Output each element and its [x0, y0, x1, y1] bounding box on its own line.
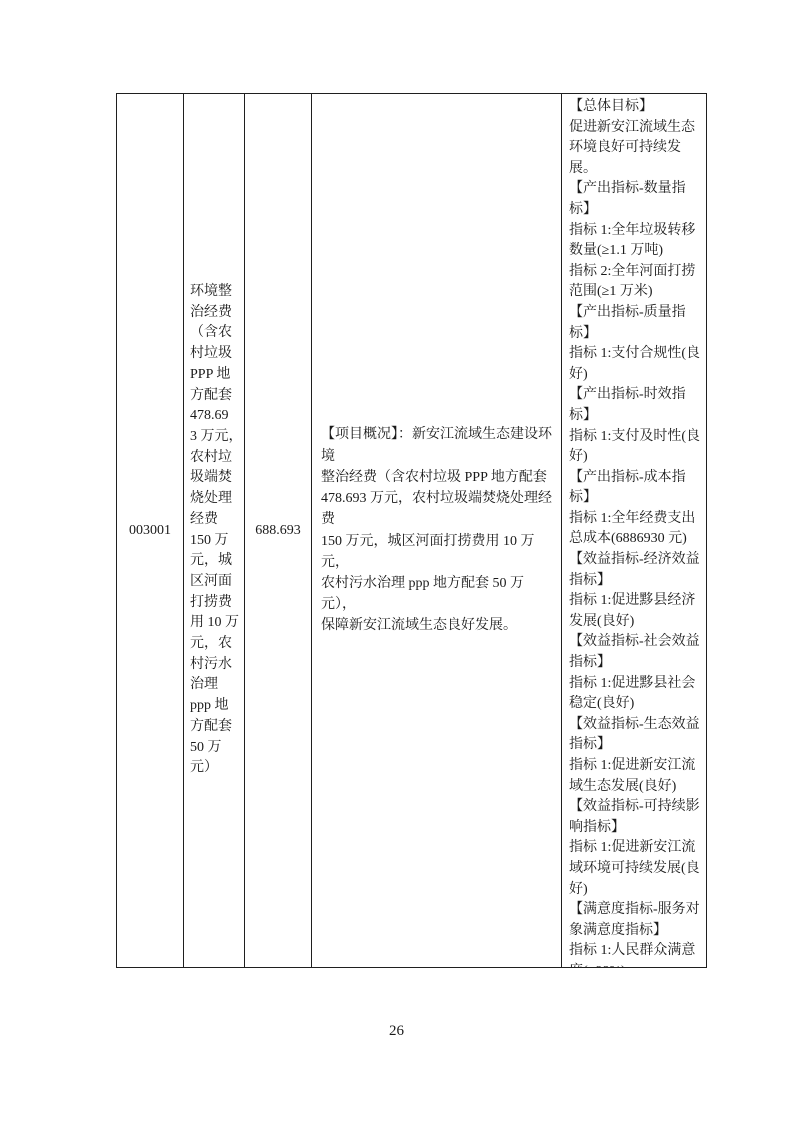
- project-overview: 【项目概况】：新安江流域生态建设环境 整治经费（含农村垃圾 PPP 地方配套 4…: [312, 424, 561, 636]
- project-overview-cell: 【项目概况】：新安江流域生态建设环境 整治经费（含农村垃圾 PPP 地方配套 4…: [312, 94, 562, 967]
- project-code-cell: 003001: [117, 94, 184, 967]
- page-number: 26: [0, 1023, 793, 1040]
- project-name: 环境整 治经费 （含农 村垃圾 PPP 地 方配套 478.69 3 万元， 农…: [190, 282, 243, 779]
- project-code: 003001: [129, 523, 171, 539]
- project-name-cell: 环境整 治经费 （含农 村垃圾 PPP 地 方配套 478.69 3 万元， 农…: [184, 94, 245, 967]
- document-page: 003001 环境整 治经费 （含农 村垃圾 PPP 地 方配套 478.69 …: [0, 0, 793, 1122]
- project-budget-table: 003001 环境整 治经费 （含农 村垃圾 PPP 地 方配套 478.69 …: [116, 93, 707, 968]
- project-amount: 688.693: [255, 523, 301, 539]
- project-amount-cell: 688.693: [245, 94, 312, 967]
- performance-indicators: 【总体目标】 促进新安江流域生态 环境良好可持续发展。 【产出指标-数量指 标】…: [562, 94, 706, 967]
- performance-indicators-cell: 【总体目标】 促进新安江流域生态 环境良好可持续发展。 【产出指标-数量指 标】…: [562, 94, 706, 967]
